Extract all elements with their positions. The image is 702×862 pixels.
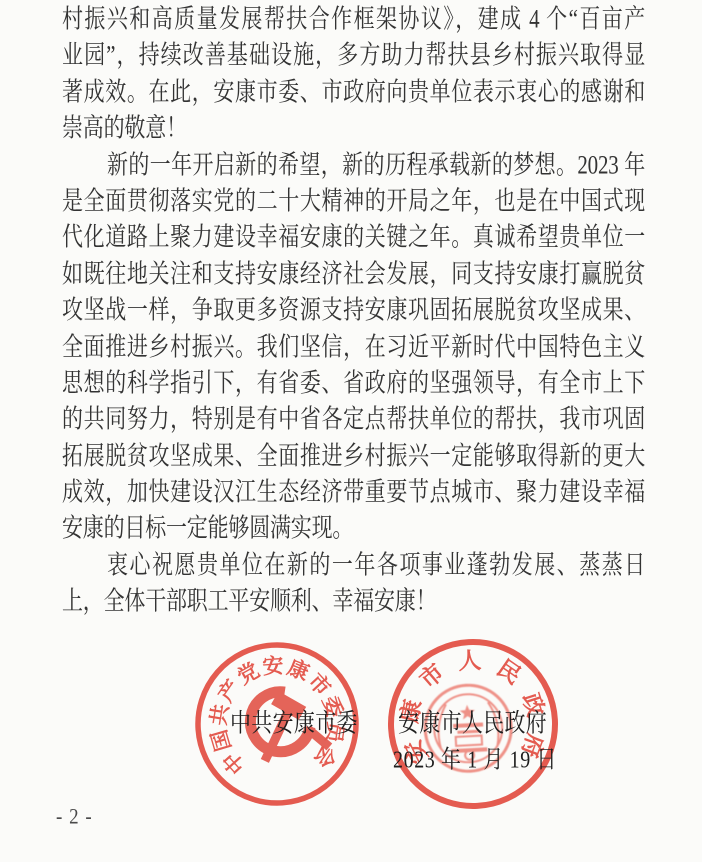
body-line-12: 的共同努力，特别是有中省各定点帮扶单位的帮扶，我市巩固 [62,401,645,437]
seal-ring-text: 产 [214,675,246,706]
body-line-13: 拓展脱贫攻坚成果、全面推进乡村振兴一定能够取得新的更大 [62,438,645,474]
body-line-10: 全面推进乡村振兴。我们坚信，在习近平新时代中国特色主义 [62,329,645,365]
seal-ring-text: 党 [233,658,263,689]
body-line-5: 新的一年开启新的希望，新的历程承载新的梦想。2023 年 [62,147,645,183]
letter-date: 2023 年 1 月 19 日 [393,747,557,774]
body-line-17: 上，全体干部职工平安顺利、幸福安康！ [62,583,645,619]
body-line-text: 上，全体干部职工平安顺利、幸福安康！ [62,579,645,624]
government-signature: 安康市人民政府 [398,710,547,737]
party-signature: 中共安康市委 [230,710,358,737]
body-line-2: 业园”，持续改善基础设施，多方助力帮扶县乡村振兴取得显 [62,37,645,73]
body-line-4: 崇高的敬意！ [62,110,645,146]
seal-ring-text: 民 [492,655,525,689]
seal-ring-text: 市 [415,659,449,693]
seal-ring-text: 会 [309,741,341,772]
body-line-9: 攻坚战一样，争取更多资源支持安康巩固拓展脱贫攻坚成果、 [62,292,645,328]
body-line-7: 代化道路上聚力建设幸福安康的关键之年。真诚希望贵单位一 [62,219,645,255]
letter-body: 村振兴和高质量发展帮扶合作框架协议》，建成 4 个“百亩产业园”，持续改善基础设… [62,1,645,620]
seal-ring-text: 康 [284,655,312,685]
body-line-15: 安康的目标一定能够圆满实现。 [62,510,645,546]
seal-ring-text: 中 [218,747,250,779]
seal-ring-text: 人 [458,648,482,674]
seal-ring-text: 市 [304,669,336,701]
page-number: - 2 - [56,805,93,830]
scanned-letter-page: 村振兴和高质量发展帮扶合作框架协议》，建成 4 个“百亩产业园”，持续改善基础设… [0,0,702,862]
seal-ring-text: 安 [262,653,285,678]
